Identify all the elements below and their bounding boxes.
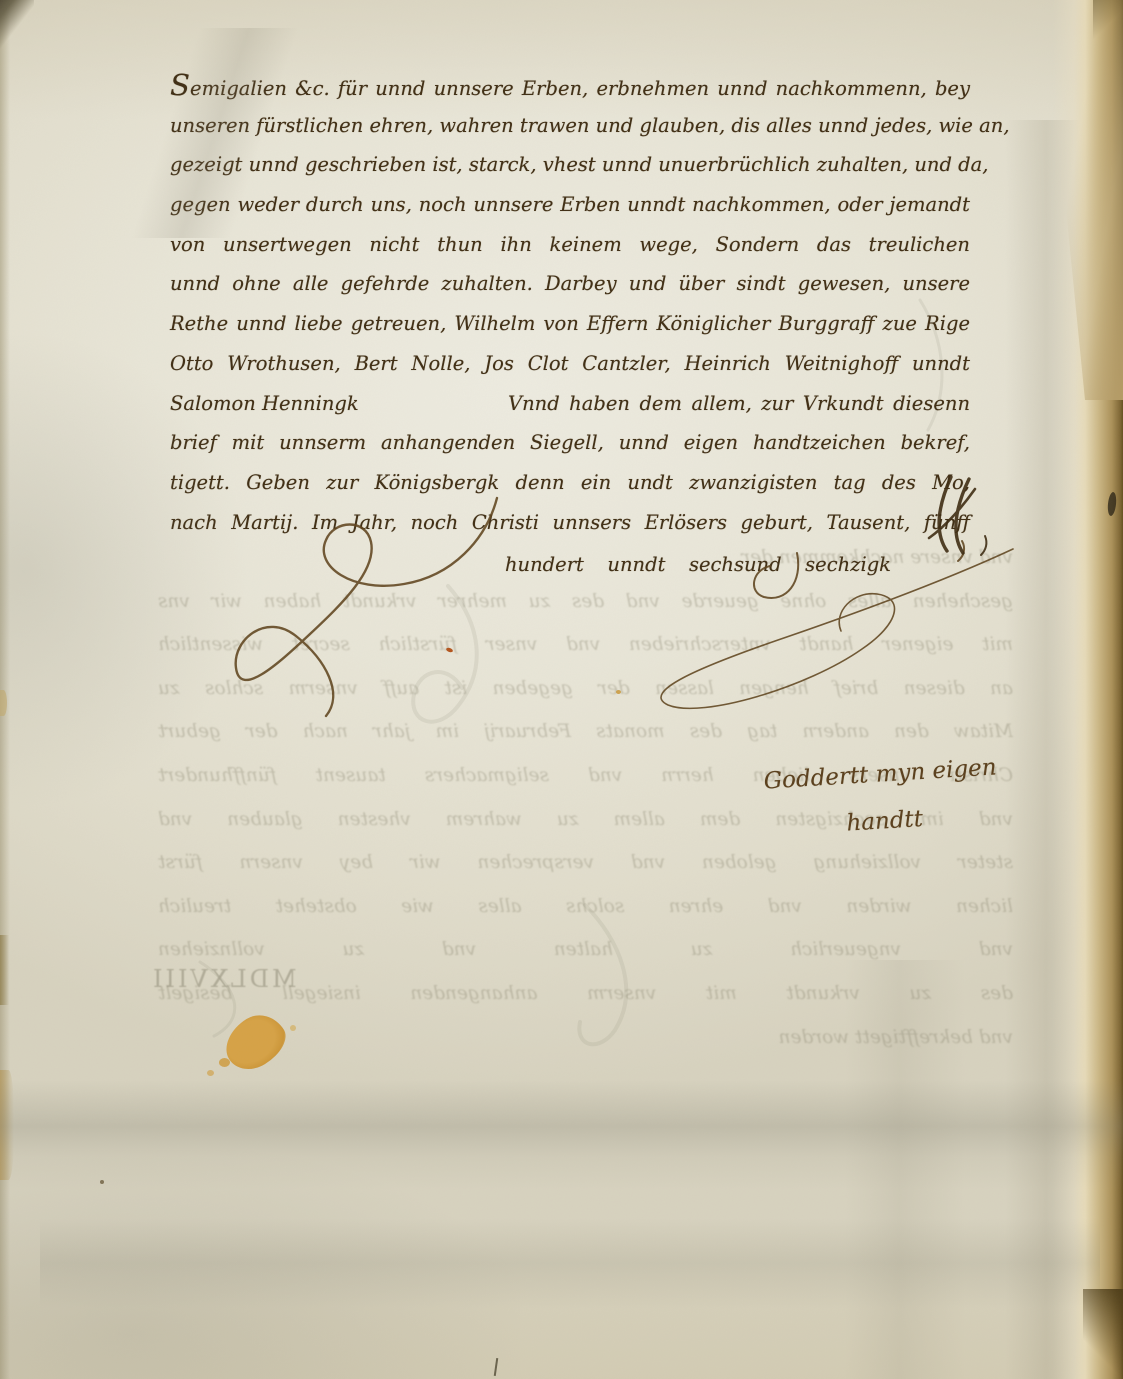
text-line: gegen weder durch uns, noch unnsere Erbe…	[170, 185, 970, 225]
witness-name: Salomon Henningk	[170, 384, 359, 424]
page-corner-top-left	[0, 0, 34, 52]
edge-stain-patch	[0, 935, 9, 1005]
text-line: unseren fürstlichen ehren, wahren trawen…	[170, 106, 970, 146]
text-line: unnd ohne alle gefehrde zuhalten. Darbey…	[170, 264, 970, 304]
text-line: Rethe unnd liebe getreuen, Wilhelm von E…	[170, 304, 970, 344]
text-line: nach Martij. Im Jahr, noch Christi unnse…	[170, 503, 970, 543]
ink-speck	[100, 1180, 104, 1184]
edge-stain-patch	[0, 1070, 14, 1180]
manuscript-photo: vnd vnsere nachkommen der geschehen alle…	[0, 0, 1123, 1379]
edge-stain-patch	[0, 690, 7, 716]
text-line: Otto Wrothusen, Bert Nolle, Jos Clot Can…	[170, 344, 970, 384]
bleedthrough-line: geschehen alles ohne geuerde vnd des zu …	[158, 580, 1013, 624]
edge-corner-top-right	[1093, 0, 1123, 60]
bleedthrough-line: mit eigener handt vnterschrieben vnd vns…	[158, 623, 1013, 667]
edge-corner-bottom-right	[1083, 1289, 1123, 1379]
stain-droplet	[219, 1058, 230, 1067]
text-line-split: Salomon Henningk Vnnd haben dem allem, z…	[170, 384, 970, 424]
bleedthrough-numeral: MDLXVIII	[150, 965, 297, 993]
text-line: Semigalien &c. für unnd unnsere Erben, e…	[170, 66, 970, 106]
bleedthrough-line: steter vollziehung geloben vnd versprech…	[158, 841, 1013, 885]
text-line: tigett. Geben zur Königsbergk denn ein u…	[170, 463, 970, 503]
bleedthrough-line: Mitaw den andern tag des monats Februari…	[158, 710, 1013, 754]
bleedthrough-line: lichen wirden vnd ehren solchs alles wie…	[158, 885, 1013, 929]
text-line: brief mit unnserm anhangenden Siegell, u…	[170, 423, 970, 463]
text-line: Vnnd haben dem allem, zur Vrkundt diesen…	[508, 384, 970, 424]
bleedthrough-line: an diesen brief hengen lassen der gegebe…	[158, 667, 1013, 711]
stain-droplet	[290, 1025, 296, 1031]
text-line: von unsertwegen nicht thun ihn keinem we…	[170, 225, 970, 265]
closing-date-line: hundert unndt sechsund sechzigk	[505, 545, 891, 585]
bleedthrough-line: vnd bekrefftigett worden	[158, 1016, 1013, 1060]
text-line: gezeigt unnd geschrieben ist, starck, vh…	[170, 145, 970, 185]
autograph-signature: Goddertt myn eigen handtt	[762, 742, 1047, 853]
stain-droplet	[207, 1070, 214, 1076]
parchment-bottom-shading	[0, 1219, 1123, 1379]
charter-text-block: Semigalien &c. für unnd unnsere Erben, e…	[170, 66, 970, 542]
ink-speck	[616, 690, 621, 694]
